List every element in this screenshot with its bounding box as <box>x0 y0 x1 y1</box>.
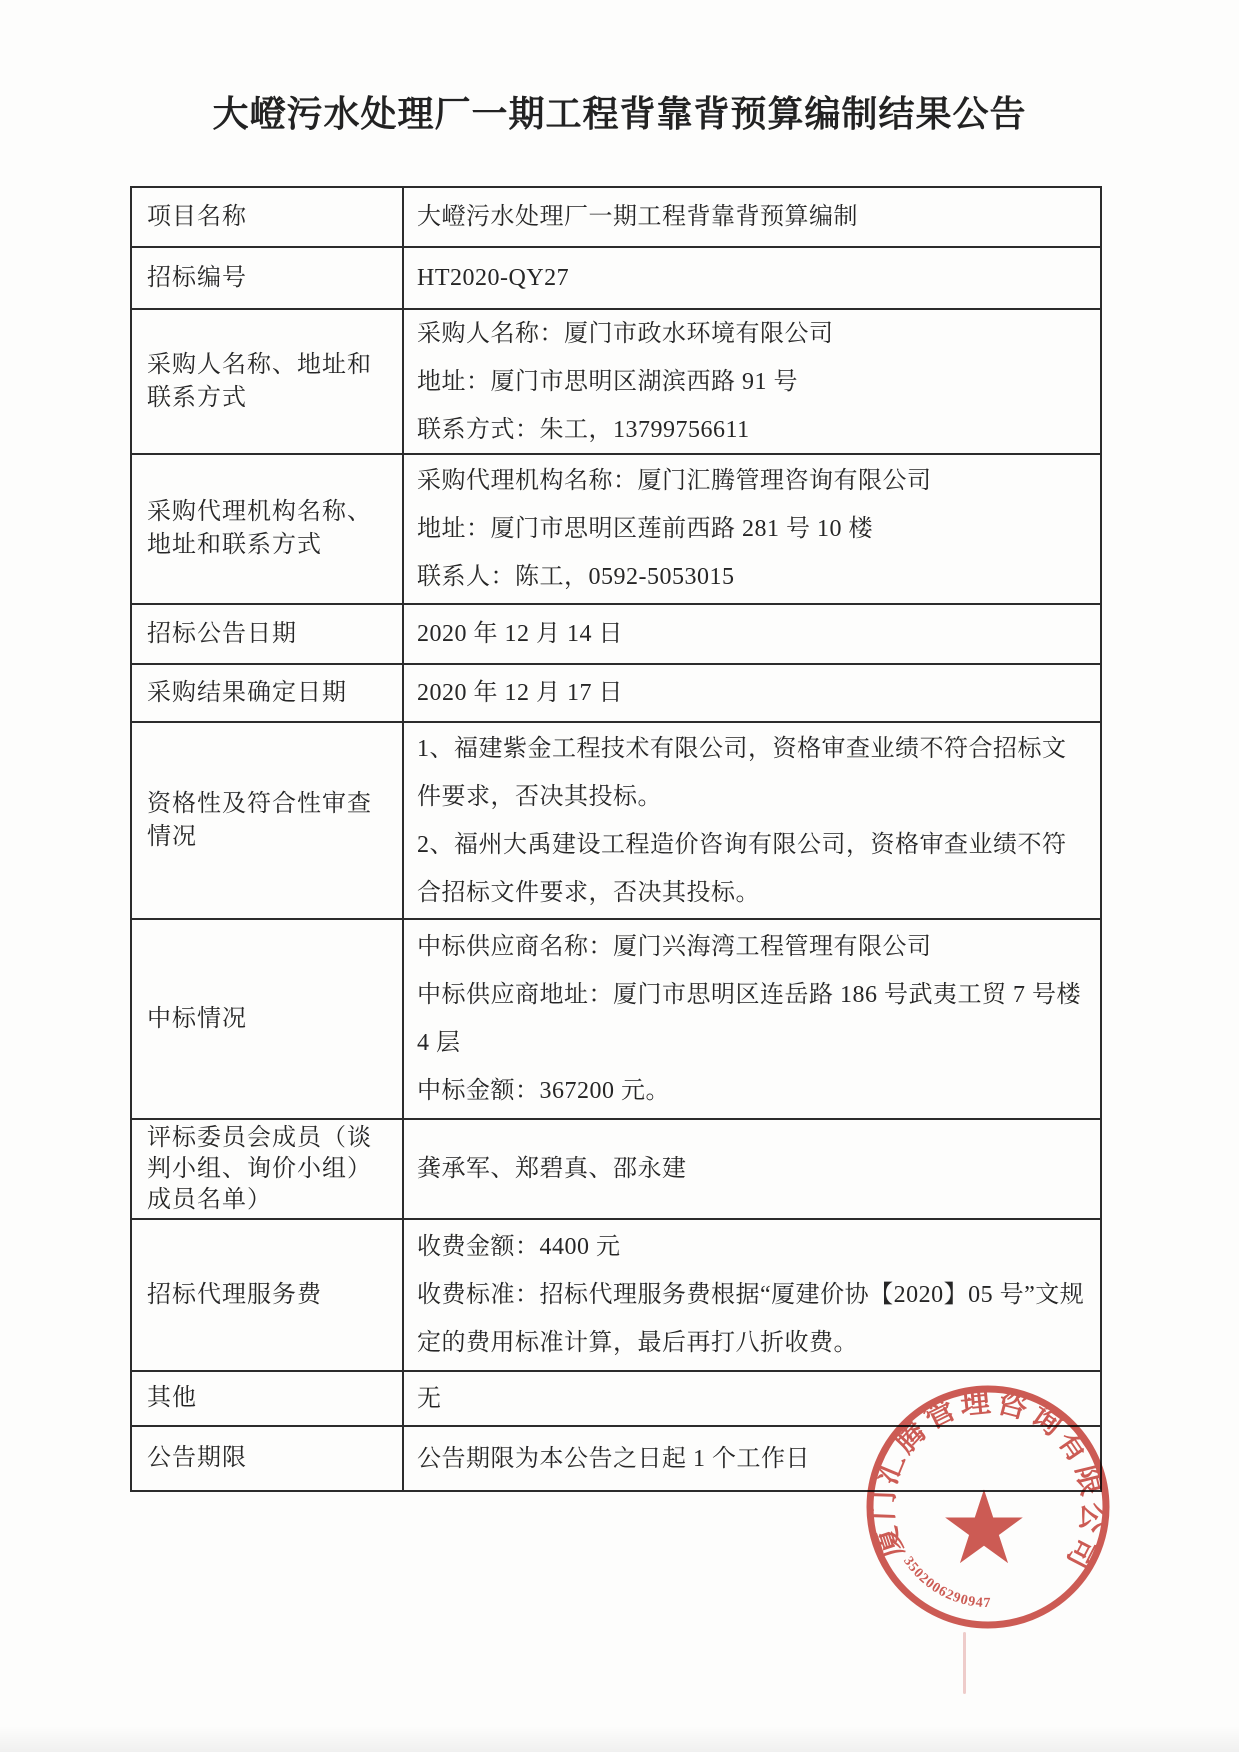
row-value-line: 联系方式：朱工，13799756611 <box>417 406 1086 454</box>
row-value: 龚承军、郑碧真、邵永建 <box>404 1120 1100 1218</box>
row-value: 大嶝污水处理厂一期工程背靠背预算编制 <box>404 188 1100 246</box>
row-label: 项目名称 <box>132 188 404 246</box>
row-value: 采购人名称：厦门市政水环境有限公司 地址：厦门市思明区湖滨西路 91 号 联系方… <box>404 310 1100 453</box>
row-value: 2020 年 12 月 14 日 <box>404 605 1100 663</box>
row-value-line: 联系人：陈工，0592-5053015 <box>417 553 1086 601</box>
row-label: 资格性及符合性审查情况 <box>132 723 404 918</box>
row-label: 中标情况 <box>132 920 404 1118</box>
row-value-line: 大嶝污水处理厂一期工程背靠背预算编制 <box>417 193 1086 241</box>
table-row: 资格性及符合性审查情况 1、福建紫金工程技术有限公司，资格审查业绩不符合招标文件… <box>132 721 1100 918</box>
row-value-line: 中标供应商地址：厦门市思明区连岳路 186 号武夷工贸 7 号楼 4 层 <box>417 971 1086 1067</box>
row-value: 收费金额：4400 元 收费标准：招标代理服务费根据“厦建价协【2020】05 … <box>404 1220 1100 1370</box>
row-label: 其他 <box>132 1372 404 1425</box>
scanned-document-page: 大嶝污水处理厂一期工程背靠背预算编制结果公告 项目名称 大嶝污水处理厂一期工程背… <box>0 0 1239 1752</box>
row-label: 招标公告日期 <box>132 605 404 663</box>
document-title: 大嶝污水处理厂一期工程背靠背预算编制结果公告 <box>0 86 1239 137</box>
row-value-line: 采购代理机构名称：厦门汇腾管理咨询有限公司 <box>417 457 1086 505</box>
table-row: 采购结果确定日期 2020 年 12 月 17 日 <box>132 663 1100 721</box>
table-row: 评标委员会成员（谈判小组、询价小组）成员名单） 龚承军、郑碧真、邵永建 <box>132 1118 1100 1218</box>
company-seal: 厦门汇腾管理咨询有限公司 3502006290947 ★ <box>856 1375 1120 1639</box>
row-label: 招标代理服务费 <box>132 1220 404 1370</box>
table-row: 采购代理机构名称、地址和联系方式 采购代理机构名称：厦门汇腾管理咨询有限公司 地… <box>132 453 1100 603</box>
table-row: 招标公告日期 2020 年 12 月 14 日 <box>132 603 1100 663</box>
table-row: 中标情况 中标供应商名称：厦门兴海湾工程管理有限公司 中标供应商地址：厦门市思明… <box>132 918 1100 1118</box>
row-value-line: 中标供应商名称：厦门兴海湾工程管理有限公司 <box>417 923 1086 971</box>
table-row: 采购人名称、地址和联系方式 采购人名称：厦门市政水环境有限公司 地址：厦门市思明… <box>132 308 1100 453</box>
row-value-line: 中标金额：367200 元。 <box>417 1067 1086 1115</box>
row-value-line: 采购人名称：厦门市政水环境有限公司 <box>417 310 1086 358</box>
row-value-line: 收费金额：4400 元 <box>417 1223 1086 1271</box>
row-value-line: 地址：厦门市思明区湖滨西路 91 号 <box>417 358 1086 406</box>
row-value: 中标供应商名称：厦门兴海湾工程管理有限公司 中标供应商地址：厦门市思明区连岳路 … <box>404 920 1100 1118</box>
star-icon: ★ <box>944 1480 1025 1579</box>
row-value-line: 2、福州大禹建设工程造价咨询有限公司，资格审查业绩不符合招标文件要求，否决其投标… <box>417 821 1086 917</box>
row-value: 2020 年 12 月 17 日 <box>404 665 1100 721</box>
row-label: 招标编号 <box>132 248 404 308</box>
table-row: 项目名称 大嶝污水处理厂一期工程背靠背预算编制 <box>132 188 1100 246</box>
row-label: 采购代理机构名称、地址和联系方式 <box>132 455 404 603</box>
row-value: HT2020-QY27 <box>404 248 1100 308</box>
row-label: 采购结果确定日期 <box>132 665 404 721</box>
announcement-table: 项目名称 大嶝污水处理厂一期工程背靠背预算编制 招标编号 HT2020-QY27… <box>130 186 1102 1492</box>
row-value-line: 龚承军、郑碧真、邵永建 <box>417 1145 1086 1193</box>
row-label: 采购人名称、地址和联系方式 <box>132 310 404 453</box>
row-value-line: 地址：厦门市思明区莲前西路 281 号 10 楼 <box>417 505 1086 553</box>
row-value-line: 2020 年 12 月 14 日 <box>417 610 1086 658</box>
row-value-line: 收费标准：招标代理服务费根据“厦建价协【2020】05 号”文规定的费用标准计算… <box>417 1271 1086 1367</box>
row-value: 1、福建紫金工程技术有限公司，资格审查业绩不符合招标文件要求，否决其投标。 2、… <box>404 723 1100 918</box>
row-label: 评标委员会成员（谈判小组、询价小组）成员名单） <box>132 1120 404 1218</box>
row-value: 采购代理机构名称：厦门汇腾管理咨询有限公司 地址：厦门市思明区莲前西路 281 … <box>404 455 1100 603</box>
row-value-line: 1、福建紫金工程技术有限公司，资格审查业绩不符合招标文件要求，否决其投标。 <box>417 725 1086 821</box>
row-value-line: HT2020-QY27 <box>417 254 1086 302</box>
table-row: 招标编号 HT2020-QY27 <box>132 246 1100 308</box>
table-row: 招标代理服务费 收费金额：4400 元 收费标准：招标代理服务费根据“厦建价协【… <box>132 1218 1100 1370</box>
seal-ink-streak <box>963 1632 966 1694</box>
row-label: 公告期限 <box>132 1427 404 1490</box>
row-value-line: 2020 年 12 月 17 日 <box>417 669 1086 717</box>
